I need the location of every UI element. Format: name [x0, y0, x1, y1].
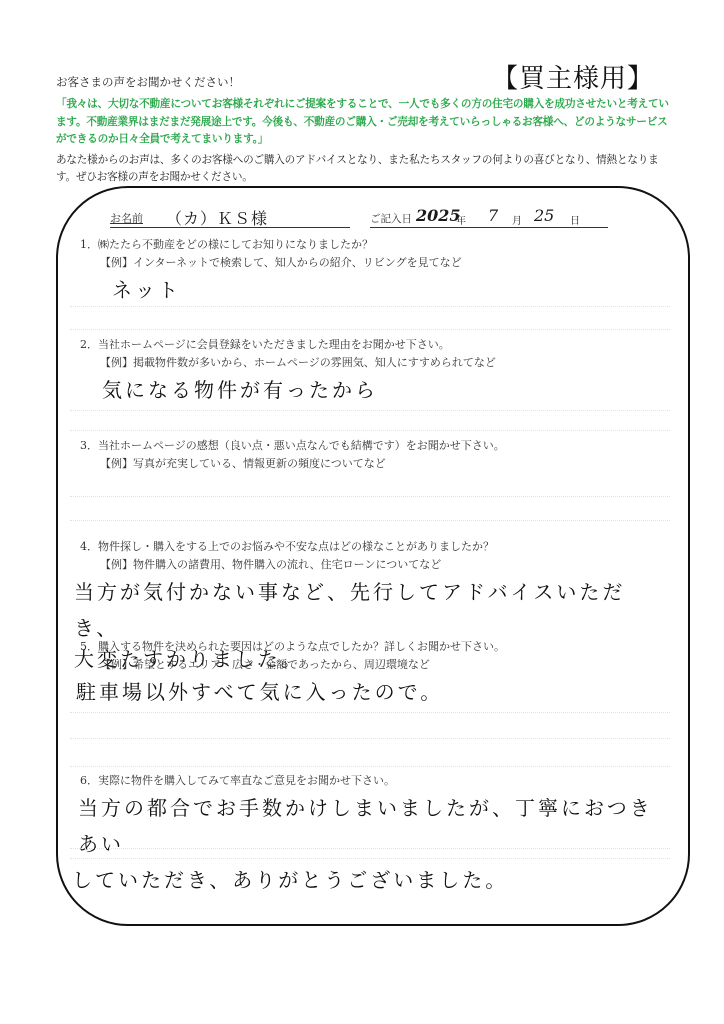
question-answer: していただき、ありがとうございました。 — [72, 862, 670, 898]
date-month-unit: 月 — [512, 212, 522, 227]
question-title: 6．実際に物件を購入してみて率直なご意見をお聞かせ下さい。 — [80, 772, 670, 790]
intro-heading: お客さまの声をお聞かせください！ — [56, 74, 240, 90]
name-value: （カ）ＫＳ様 — [166, 206, 268, 229]
date-year-unit: 年 — [456, 212, 466, 227]
answer-line — [70, 858, 670, 859]
question-6: 6．実際に物件を購入してみて率直なご意見をお聞かせ下さい。 当方の都合でお手数か… — [80, 772, 670, 898]
answer-line — [70, 496, 670, 497]
answer-line — [70, 712, 670, 713]
date-day-unit: 日 — [570, 212, 580, 227]
answer-line — [70, 848, 670, 849]
question-1: 1．㈱たたら不動産をどの様にしてお知りになりましたか？ 【例】インターネットで検… — [80, 236, 670, 308]
answer-line — [70, 410, 670, 411]
date-day: 25 — [534, 206, 554, 225]
answer-line — [70, 306, 670, 307]
name-label: お名前 — [110, 210, 143, 226]
date-year: 2025 — [416, 206, 461, 225]
question-answer: 当方が気付かない事など、先行してアドバイスいただき、 — [74, 574, 670, 646]
question-example: 【例】物件購入の諸費用、物件購入の流れ、住宅ローンについてなど — [80, 556, 670, 574]
question-example: 【例】写真が充実している、情報更新の頻度についてなど — [80, 455, 670, 473]
question-example: 【例】掲載物件数が多いから、ホームページの雰囲気、知人にすすめられてなど — [80, 354, 670, 372]
date-month: 7 — [488, 206, 498, 225]
answer-line — [70, 738, 670, 739]
date-field: ご記入日 2025 年 7 月 25 日 — [370, 206, 608, 228]
question-answer: 当方の都合でお手数かけしまいましたが、丁寧におつきあい — [78, 790, 670, 862]
title-badge: 【買主様用】 — [492, 58, 654, 95]
date-label: ご記入日 — [370, 211, 412, 226]
question-example: 【例】インターネットで検索して、知人からの紹介、リビングを見てなど — [80, 254, 670, 272]
question-answer: 駐車場以外すべて気に入ったので。 — [76, 674, 670, 710]
question-answer: ネット — [80, 272, 670, 308]
question-title: 2．当社ホームページに会員登録をいただきました理由をお聞かせ下さい。 — [80, 336, 670, 354]
question-5: 5．購入する物件を決められた要因はどのような点でしたか？詳しくお聞かせ下さい。 … — [80, 638, 670, 710]
question-2: 2．当社ホームページに会員登録をいただきました理由をお聞かせ下さい。 【例】掲載… — [80, 336, 670, 408]
answer-line — [70, 766, 670, 767]
name-field: お名前 （カ）ＫＳ様 — [110, 206, 350, 228]
request-message: あなた様からのお声は、多くのお客様へのご購入のアドバイスとなり、また私たちスタッ… — [56, 152, 676, 186]
company-message: 「我々は、大切な不動産についてお客様それぞれにご提案をすることで、一人でも多くの… — [56, 96, 676, 149]
question-3: 3．当社ホームページの感想（良い点・悪い点なんでも結構です）をお聞かせ下さい。 … — [80, 437, 670, 473]
answer-line — [70, 329, 670, 330]
question-title: 5．購入する物件を決められた要因はどのような点でしたか？詳しくお聞かせ下さい。 — [80, 638, 670, 656]
question-answer: 気になる物件が有ったから — [80, 372, 670, 408]
question-title: 1．㈱たたら不動産をどの様にしてお知りになりましたか？ — [80, 236, 670, 254]
answer-line — [70, 520, 670, 521]
question-example: 【例】希望とするエリア・広さ・金額であったから、周辺環境など — [80, 656, 670, 674]
answer-line — [70, 430, 670, 431]
question-title: 3．当社ホームページの感想（良い点・悪い点なんでも結構です）をお聞かせ下さい。 — [80, 437, 670, 455]
question-title: 4．物件探し・購入をする上でのお悩みや不安な点はどの様なことがありましたか？ — [80, 538, 670, 556]
